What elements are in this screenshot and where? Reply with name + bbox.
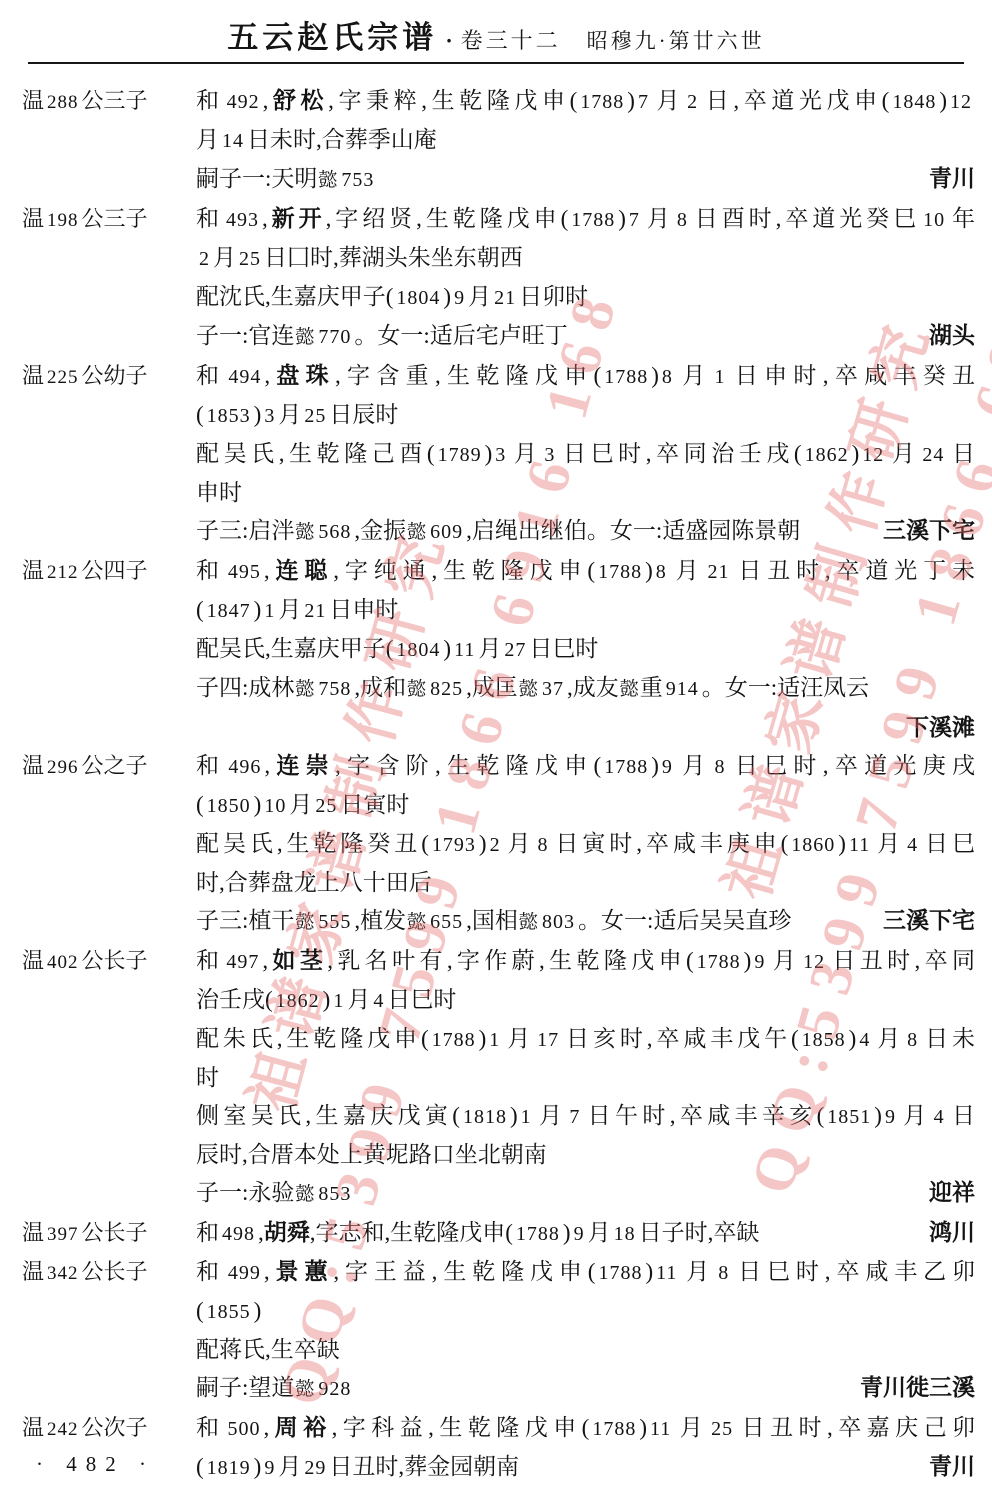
numeral: 914 xyxy=(666,678,699,700)
entry-label: 温198公三子 xyxy=(22,200,192,240)
numeral: 1851 xyxy=(827,1106,871,1128)
genealogy-entry: 温397公长子和498,胡舜,字志和,生乾隆戊申(1788)9月18日子时,卒缺… xyxy=(0,1214,992,1253)
numeral: 225 xyxy=(47,367,79,388)
numeral: 37 xyxy=(542,678,564,700)
entry-line: 子一:官连懿770。女一:适后宅卢旺丁湖头 xyxy=(196,317,975,357)
numeral: 1858 xyxy=(802,1029,846,1051)
yi-generation-glyph: 懿 xyxy=(407,679,426,700)
entry-line: (1850)10月25日寅时 xyxy=(196,786,975,825)
entry-line: 子三:启泮懿568,金振懿609,启绳出继伯。女一:适盛园陈景朝三溪下宅 xyxy=(196,512,975,552)
entry-line: 时 xyxy=(196,1059,975,1097)
place-name: 湖头 xyxy=(915,317,975,355)
place-name: 迎祥 xyxy=(915,1174,975,1212)
entry-line: 配吴氏,生嘉庆甲子(1804)11月27日巳时 xyxy=(196,630,975,669)
entry-line: 和496,连崇,字含阶,生乾隆戊申(1788)9月8日巳时,卒道光庚戌 xyxy=(196,747,975,786)
entry-text: 和494,盘珠,字含重,生乾隆戊申(1788)8月1日申时,卒咸丰癸丑 xyxy=(196,357,975,396)
person-name: 连聪 xyxy=(270,558,334,583)
entry-text: 子一:永验懿853 xyxy=(196,1174,354,1214)
numeral: 11 xyxy=(650,1418,671,1440)
entry-label: 温225公幼子 xyxy=(22,357,192,397)
numeral: 1862 xyxy=(276,990,320,1012)
entry-text: 子一:官连懿770。女一:适后宅卢旺丁 xyxy=(196,317,568,357)
numeral: 498 xyxy=(222,1223,255,1245)
entry-text: 侧室吴氏,生嘉庆戊寅(1818)1月7日午时,卒咸丰辛亥(1851)9月4日 xyxy=(196,1097,975,1136)
genealogy-entry: 温296公之子和496,连崇,字含阶,生乾隆戊申(1788)9月8日巳时,卒道光… xyxy=(0,747,992,942)
entry-text: 和498,胡舜,字志和,生乾隆戊申(1788)9月18日子时,卒缺 xyxy=(196,1214,759,1253)
numeral: 10 xyxy=(923,209,945,231)
entry-text: 时 xyxy=(196,1059,219,1097)
numeral: 12 xyxy=(862,444,884,466)
entry-line: 申时 xyxy=(196,474,975,512)
entry-line: (1819)9月29日丑时,葬金园朝南青川 xyxy=(196,1448,975,1487)
entry-line: 治壬戌(1862)1月4日巳时 xyxy=(196,981,975,1020)
numeral: 18 xyxy=(614,1223,636,1245)
entry-text: (1855) xyxy=(196,1292,261,1331)
numeral: 242 xyxy=(47,1419,79,1440)
entry-line: 时,合葬盘龙上八十田后 xyxy=(196,864,975,902)
genealogy-entry: 温342公长子和499,景蕙,字王益,生乾隆戊申(1788)11月8日巳时,卒咸… xyxy=(0,1253,992,1409)
numeral: 24 xyxy=(922,444,944,466)
yi-generation-glyph: 懿 xyxy=(295,679,314,700)
numeral: 1788 xyxy=(604,756,648,778)
yi-generation-glyph: 懿 xyxy=(407,912,426,933)
entry-line: (1847)1月21日申时 xyxy=(196,591,975,630)
numeral: 3 xyxy=(264,405,275,427)
entry-line: (1853)3月25日辰时 xyxy=(196,396,975,435)
entry-text: 和493,新开,字绍贤,生乾隆戊申(1788)7月8日酉时,卒道光癸巳10年 xyxy=(196,200,975,239)
numeral: 12 xyxy=(950,91,972,113)
numeral: 1788 xyxy=(516,1223,560,1245)
numeral: 402 xyxy=(47,952,79,973)
yi-generation-glyph: 懿 xyxy=(519,912,538,933)
numeral: 493 xyxy=(226,209,259,231)
yi-generation-glyph: 懿 xyxy=(407,522,426,543)
numeral: 21 xyxy=(707,561,729,583)
entry-label: 温212公四子 xyxy=(22,552,192,592)
numeral: 568 xyxy=(318,521,351,543)
genealogy-page: { "header": { "title": "五云赵氏宗谱", "separa… xyxy=(0,0,992,1512)
entry-text: 和497,如茎,乳名叶有,字作蔚,生乾隆戊申(1788)9月12日丑时,卒同 xyxy=(196,942,975,981)
place-name: 下溪滩 xyxy=(892,709,975,747)
page-header: 五云赵氏宗谱 · 卷三十二 昭穆九·第廿六世 xyxy=(0,12,992,57)
entry-line: 下溪滩 xyxy=(196,709,975,747)
entry-text: (1853)3月25日辰时 xyxy=(196,396,398,435)
numeral: 9 xyxy=(264,1457,275,1479)
numeral: 2 xyxy=(687,91,698,113)
page-number: · 482 · xyxy=(36,1452,155,1477)
numeral: 25 xyxy=(711,1418,733,1440)
yi-generation-glyph: 懿 xyxy=(620,679,639,700)
numeral: 8 xyxy=(718,1262,729,1284)
numeral: 9 xyxy=(754,951,765,973)
numeral: 296 xyxy=(47,757,79,778)
numeral: 1853 xyxy=(207,405,251,427)
numeral: 25 xyxy=(315,795,337,817)
numeral: 8 xyxy=(715,756,726,778)
numeral: 21 xyxy=(304,600,326,622)
numeral: 11 xyxy=(849,834,870,856)
numeral: 14 xyxy=(222,130,244,152)
entry-line: 2月25日囗时,葬湖头朱坐东朝西 xyxy=(196,239,975,278)
entry-text: 配蒋氏,生卒缺 xyxy=(196,1331,340,1369)
entry-line: 嗣子:望道懿928青川徙三溪 xyxy=(196,1369,975,1409)
place-name: 三溪下宅 xyxy=(869,902,975,940)
numeral: 2 xyxy=(199,248,210,270)
entry-text: 申时 xyxy=(196,474,242,512)
entry-text: 配吴氏,生乾隆癸丑(1793)2月8日寅时,卒咸丰庚申(1860)11月4日巳 xyxy=(196,825,975,864)
numeral: 1850 xyxy=(207,795,251,817)
yi-generation-glyph: 懿 xyxy=(318,170,337,191)
numeral: 4 xyxy=(373,990,384,1012)
numeral: 3 xyxy=(544,444,555,466)
genealogy-entry: 温212公四子和495,连聪,字纯通,生乾隆戊申(1788)8月21日丑时,卒道… xyxy=(0,552,992,747)
entry-text: (1847)1月21日申时 xyxy=(196,591,398,630)
place-name: 青川 xyxy=(915,160,975,198)
entry-line: 配朱氏,生乾隆戊申(1788)1月17日亥时,卒咸丰戊午(1858)4月8日未 xyxy=(196,1020,975,1059)
numeral: 8 xyxy=(662,366,673,388)
numeral: 1788 xyxy=(598,1262,642,1284)
numeral: 1847 xyxy=(207,600,251,622)
book-title: 五云赵氏宗谱 xyxy=(227,12,437,57)
numeral: 7 xyxy=(638,91,649,113)
numeral: 9 xyxy=(454,287,465,309)
numeral: 11 xyxy=(656,1262,677,1284)
numeral: 609 xyxy=(430,521,463,543)
numeral: 25 xyxy=(239,248,261,270)
numeral: 1855 xyxy=(207,1301,251,1323)
entry-text: (1850)10月25日寅时 xyxy=(196,786,409,825)
entry-text: 和499,景蕙,字王益,生乾隆戊申(1788)11月8日巳时,卒咸丰乙卯 xyxy=(196,1253,975,1292)
numeral: 1804 xyxy=(396,287,440,309)
numeral: 495 xyxy=(228,561,261,583)
numeral: 1788 xyxy=(580,91,624,113)
entry-line: 配吴氏,生乾隆己酉(1789)3月3日巳时,卒同治壬戌(1862)12月24日 xyxy=(196,435,975,474)
numeral: 1788 xyxy=(432,1029,476,1051)
numeral: 1788 xyxy=(604,366,648,388)
numeral: 342 xyxy=(47,1263,79,1284)
person-name: 胡舜 xyxy=(264,1220,310,1245)
entry-line: 和495,连聪,字纯通,生乾隆戊申(1788)8月21日丑时,卒道光丁未 xyxy=(196,552,975,591)
entry-label: 温296公之子 xyxy=(22,747,192,787)
numeral: 496 xyxy=(228,756,261,778)
numeral: 1788 xyxy=(697,951,741,973)
volume-label: 卷三十二 xyxy=(461,24,561,55)
entry-text: 子四:成林懿758,成和懿825,成匡懿37,成友懿重914。女一:适汪凤云 xyxy=(196,669,869,709)
numeral: 803 xyxy=(542,911,575,933)
entry-text: (1819)9月29日丑时,葬金园朝南 xyxy=(196,1448,519,1487)
genealogy-entry: 温198公三子和493,新开,字绍贤,生乾隆戊申(1788)7月8日酉时,卒道光… xyxy=(0,200,992,357)
entry-text: 辰时,合厝本处上黄坭路口坐北朝南 xyxy=(196,1136,547,1174)
numeral: 1788 xyxy=(571,209,615,231)
entry-text: 配吴氏,生嘉庆甲子(1804)11月27日巳时 xyxy=(196,630,598,669)
numeral: 1818 xyxy=(463,1106,507,1128)
numeral: 1 xyxy=(489,1029,500,1051)
numeral: 4 xyxy=(859,1029,870,1051)
numeral: 1860 xyxy=(791,834,835,856)
entry-line: 和500,周裕,字科益,生乾隆戊申(1788)11月25日丑时,卒嘉庆己卯 xyxy=(196,1409,975,1448)
numeral: 499 xyxy=(228,1262,261,1284)
genealogy-entry: 温225公幼子和494,盘珠,字含重,生乾隆戊申(1788)8月1日申时,卒咸丰… xyxy=(0,357,992,552)
entry-text: 和496,连崇,字含阶,生乾隆戊申(1788)9月8日巳时,卒道光庚戌 xyxy=(196,747,975,786)
numeral: 3 xyxy=(495,444,506,466)
entry-label: 温242公次子 xyxy=(22,1409,192,1449)
numeral: 12 xyxy=(803,951,825,973)
yi-generation-glyph: 懿 xyxy=(295,1184,314,1205)
entry-text: 子三:启泮懿568,金振懿609,启绳出继伯。女一:适盛园陈景朝 xyxy=(196,512,800,552)
entry-line: 子一:永验懿853迎祥 xyxy=(196,1174,975,1214)
numeral: 9 xyxy=(574,1223,585,1245)
numeral: 29 xyxy=(304,1457,326,1479)
numeral: 825 xyxy=(430,678,463,700)
entry-text: 时,合葬盘龙上八十田后 xyxy=(196,864,432,902)
numeral: 4 xyxy=(934,1106,945,1128)
numeral: 397 xyxy=(47,1224,79,1245)
entry-label: 温342公长子 xyxy=(22,1253,192,1293)
numeral: 4 xyxy=(907,834,918,856)
place-name: 青川 xyxy=(915,1448,975,1486)
numeral: 9 xyxy=(662,756,673,778)
numeral: 1793 xyxy=(432,834,476,856)
numeral: 17 xyxy=(537,1029,559,1051)
numeral: 8 xyxy=(677,209,688,231)
place-name: 青川徙三溪 xyxy=(846,1369,975,1407)
entry-line: 月14日未时,合葬季山庵 xyxy=(196,121,975,160)
genealogy-entry: 温288公三子和492,舒松,字秉粹,生乾隆戊申(1788)7月2日,卒道光戊申… xyxy=(0,82,992,200)
numeral: 770 xyxy=(318,326,351,348)
entry-text: 月14日未时,合葬季山庵 xyxy=(196,121,437,160)
numeral: 212 xyxy=(47,562,79,583)
numeral: 8 xyxy=(537,834,548,856)
numeral: 853 xyxy=(318,1183,351,1205)
entry-line: 配吴氏,生乾隆癸丑(1793)2月8日寅时,卒咸丰庚申(1860)11月4日巳 xyxy=(196,825,975,864)
person-name: 新开 xyxy=(268,206,326,231)
numeral: 10 xyxy=(264,795,286,817)
entry-text: 2月25日囗时,葬湖头朱坐东朝西 xyxy=(196,239,523,278)
person-name: 连崇 xyxy=(270,753,335,778)
numeral: 9 xyxy=(885,1106,896,1128)
entry-line: 辰时,合厝本处上黄坭路口坐北朝南 xyxy=(196,1136,975,1174)
person-name: 盘珠 xyxy=(270,363,335,388)
genealogy-body: 温288公三子和492,舒松,字秉粹,生乾隆戊申(1788)7月2日,卒道光戊申… xyxy=(0,82,992,1487)
entry-line: 和494,盘珠,字含重,生乾隆戊申(1788)8月1日申时,卒咸丰癸丑 xyxy=(196,357,975,396)
entry-line: 和492,舒松,字秉粹,生乾隆戊申(1788)7月2日,卒道光戊申(1848)1… xyxy=(196,82,975,121)
entry-line: 和493,新开,字绍贤,生乾隆戊申(1788)7月8日酉时,卒道光癸巳10年 xyxy=(196,200,975,239)
numeral: 928 xyxy=(318,1378,351,1400)
person-name: 景蕙 xyxy=(270,1259,334,1284)
yi-generation-glyph: 懿 xyxy=(295,912,314,933)
numeral: 1788 xyxy=(592,1418,636,1440)
entry-label: 温402公长子 xyxy=(22,942,192,982)
entry-text: 治壬戌(1862)1月4日巳时 xyxy=(196,981,456,1020)
entry-line: 子四:成林懿758,成和懿825,成匡懿37,成友懿重914。女一:适汪凤云 xyxy=(196,669,975,709)
entry-line: 配沈氏,生嘉庆甲子(1804)9月21日卯时 xyxy=(196,278,975,317)
numeral: 1 xyxy=(715,366,726,388)
numeral: 8 xyxy=(907,1029,918,1051)
numeral: 1804 xyxy=(396,639,440,661)
entry-text: 和495,连聪,字纯通,生乾隆戊申(1788)8月21日丑时,卒道光丁未 xyxy=(196,552,975,591)
numeral: 198 xyxy=(47,210,79,231)
numeral: 1788 xyxy=(598,561,642,583)
numeral: 753 xyxy=(341,169,374,191)
numeral: 1 xyxy=(264,600,275,622)
entry-text: 嗣子:望道懿928 xyxy=(196,1369,354,1409)
person-name: 如茎 xyxy=(268,948,327,973)
header-divider-rule xyxy=(28,62,964,64)
entry-line: 和499,景蕙,字王益,生乾隆戊申(1788)11月8日巳时,卒咸丰乙卯 xyxy=(196,1253,975,1292)
yi-generation-glyph: 懿 xyxy=(295,327,314,348)
entry-text: 配朱氏,生乾隆戊申(1788)1月17日亥时,卒咸丰戊午(1858)4月8日未 xyxy=(196,1020,975,1059)
numeral: 497 xyxy=(226,951,259,973)
numeral: 7 xyxy=(629,209,640,231)
numeral: 758 xyxy=(318,678,351,700)
entry-text: 和500,周裕,字科益,生乾隆戊申(1788)11月25日丑时,卒嘉庆己卯 xyxy=(196,1409,975,1448)
numeral: 11 xyxy=(454,639,475,661)
numeral: 1862 xyxy=(805,444,849,466)
person-name: 舒松 xyxy=(268,88,328,113)
numeral: 1819 xyxy=(207,1457,251,1479)
title-separator-dot: · xyxy=(445,28,452,54)
numeral: 1 xyxy=(333,990,344,1012)
entry-text: 嗣子一:天明懿753 xyxy=(196,160,377,200)
entry-line: 和497,如茎,乳名叶有,字作蔚,生乾隆戊申(1788)9月12日丑时,卒同 xyxy=(196,942,975,981)
numeral: 2 xyxy=(490,834,501,856)
place-name: 鸿川 xyxy=(915,1214,975,1252)
numeral: 25 xyxy=(304,405,326,427)
numeral: 1789 xyxy=(438,444,482,466)
numeral: 21 xyxy=(494,287,516,309)
numeral: 27 xyxy=(504,639,526,661)
entry-label: 温397公长子 xyxy=(22,1214,192,1254)
entry-text: 配吴氏,生乾隆己酉(1789)3月3日巳时,卒同治壬戌(1862)12月24日 xyxy=(196,435,975,474)
numeral: 1848 xyxy=(892,91,936,113)
person-name: 周裕 xyxy=(269,1415,331,1440)
entry-text: 和492,舒松,字秉粹,生乾隆戊申(1788)7月2日,卒道光戊申(1848)1… xyxy=(196,82,975,121)
numeral: 7 xyxy=(569,1106,580,1128)
generation-label: 昭穆九·第廿六世 xyxy=(587,25,765,55)
genealogy-entry: 温402公长子和497,如茎,乳名叶有,字作蔚,生乾隆戊申(1788)9月12日… xyxy=(0,942,992,1214)
entry-line: (1855) xyxy=(196,1292,975,1331)
numeral: 288 xyxy=(47,92,79,113)
yi-generation-glyph: 懿 xyxy=(519,679,538,700)
yi-generation-glyph: 懿 xyxy=(295,1379,314,1400)
entry-label: 温288公三子 xyxy=(22,82,192,122)
numeral: 494 xyxy=(228,366,261,388)
numeral: 492 xyxy=(227,91,260,113)
place-name: 三溪下宅 xyxy=(869,512,975,550)
entry-line: 侧室吴氏,生嘉庆戊寅(1818)1月7日午时,卒咸丰辛亥(1851)9月4日 xyxy=(196,1097,975,1136)
entry-text: 配沈氏,生嘉庆甲子(1804)9月21日卯时 xyxy=(196,278,588,317)
entry-line: 和498,胡舜,字志和,生乾隆戊申(1788)9月18日子时,卒缺鸿川 xyxy=(196,1214,975,1253)
entry-line: 嗣子一:天明懿753青川 xyxy=(196,160,975,200)
numeral: 8 xyxy=(656,561,667,583)
entry-line: 配蒋氏,生卒缺 xyxy=(196,1331,975,1369)
yi-generation-glyph: 懿 xyxy=(295,522,314,543)
numeral: 555 xyxy=(318,911,351,933)
entry-line: 子三:植干懿555,植发懿655,国相懿803。女一:适后吴吴直珍三溪下宅 xyxy=(196,902,975,942)
entry-text: 子三:植干懿555,植发懿655,国相懿803。女一:适后吴吴直珍 xyxy=(196,902,791,942)
numeral: 1 xyxy=(521,1106,532,1128)
numeral: 500 xyxy=(227,1418,260,1440)
numeral: 655 xyxy=(430,911,463,933)
